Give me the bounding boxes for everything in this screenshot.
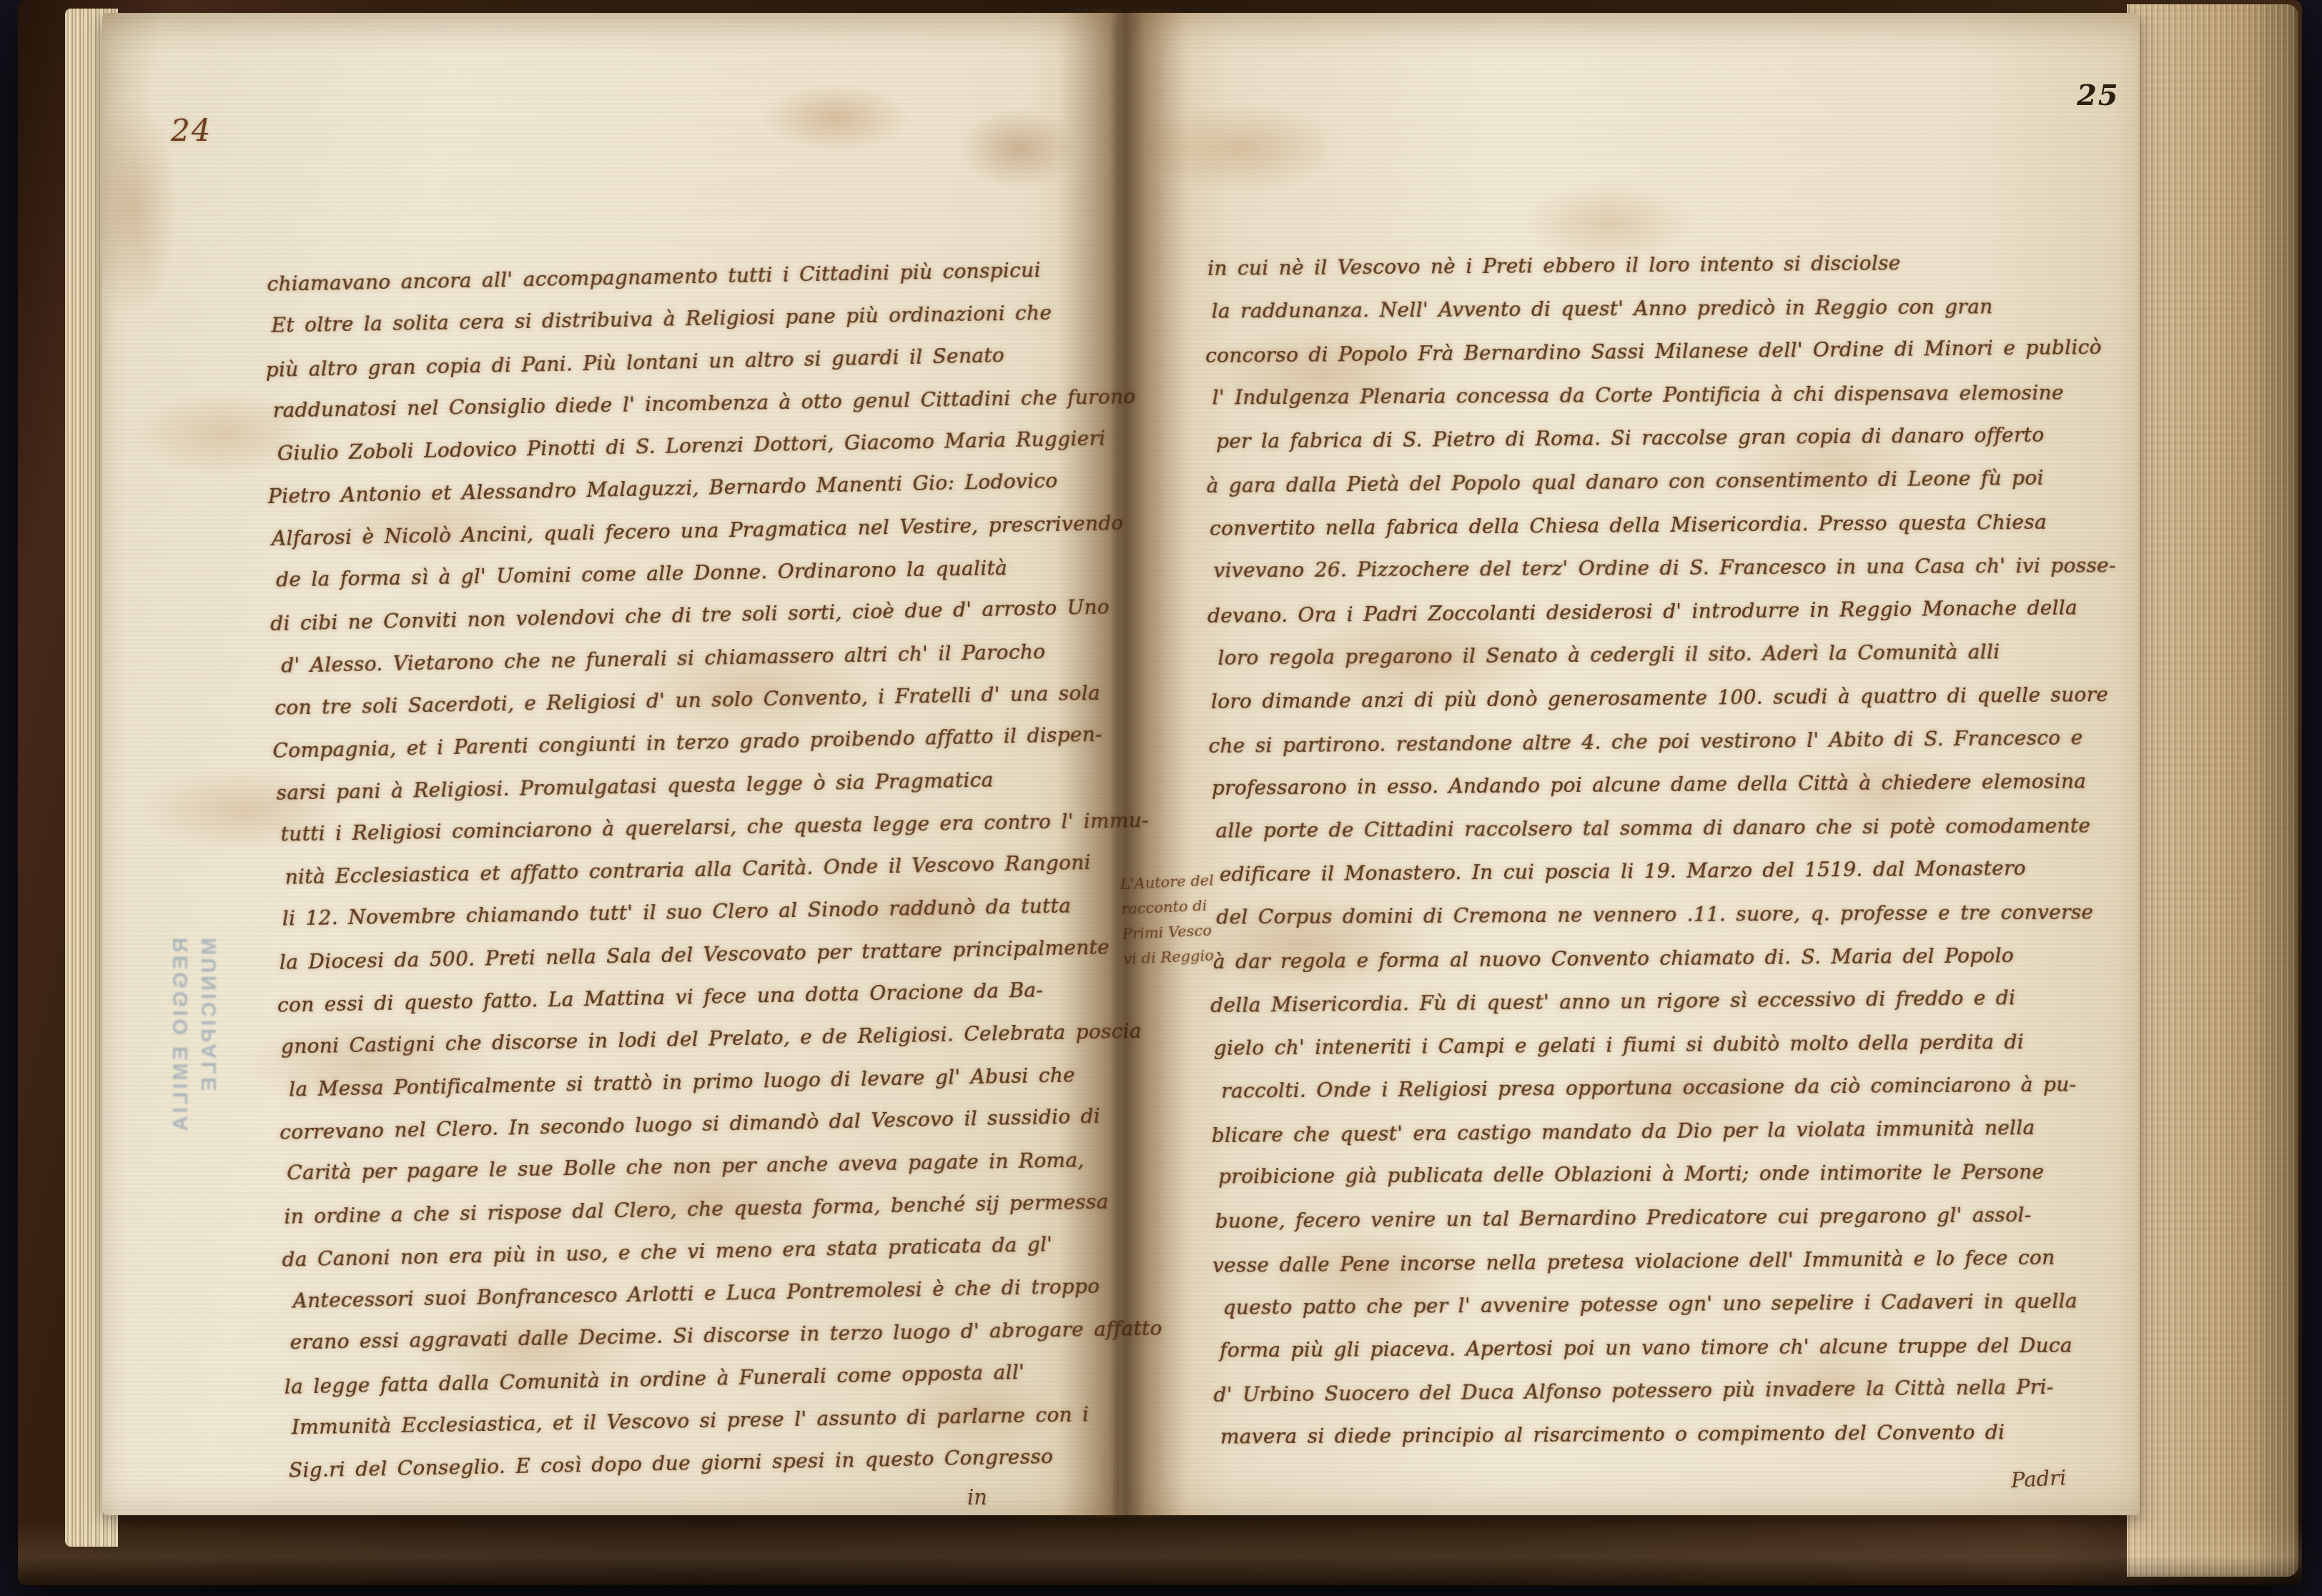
- manuscript-line: à gara dalla Pietà del Popolo qual danar…: [1206, 456, 2104, 508]
- manuscript-line: questo patto che per l' avvenire potesse…: [1222, 1279, 2120, 1329]
- manuscript-line: forma più gli piaceva. Apertosi poi un v…: [1220, 1324, 2117, 1372]
- manuscript-line: edificare il Monastero. In cui poscia li…: [1220, 846, 2117, 896]
- manuscript-line: buone, fecero venire un tal Bernardino P…: [1215, 1193, 2112, 1243]
- manuscript-line: in cui nè il Vescovo nè i Preti ebbero i…: [1207, 240, 2105, 290]
- leather-cover: 24 25 chiamavano ancora all' accompagnam…: [18, 0, 2302, 1585]
- manuscript-line: proibicione già publicata delle Oblazion…: [1218, 1151, 2115, 1199]
- marginal-note: L'Autore delracconto diPrimi Vescovi di …: [1120, 866, 1256, 972]
- manuscript-line: la raddunanza. Nell' Avvento di quest' A…: [1212, 284, 2109, 333]
- fore-edge-page-stack: [2127, 4, 2298, 1577]
- manuscript-line: convertito nella fabrica della Chiesa de…: [1210, 500, 2107, 550]
- manuscript-text-right: in cui nè il Vescovo nè i Preti ebbero i…: [1207, 240, 2114, 1459]
- manuscript-line: della Misericordia. Fù di quest' anno un…: [1210, 976, 2108, 1028]
- manuscript-line: vesse dalle Pene incorse nella pretesa v…: [1212, 1236, 2110, 1288]
- manuscript-line: blicare che quest' era castigo mandato d…: [1211, 1106, 2109, 1158]
- manuscript-line: vivevano 26. Pizzochere del terz' Ordine…: [1213, 545, 2110, 593]
- manuscript-line: à dar regola e forma al nuovo Convento c…: [1213, 933, 2110, 983]
- manuscript-line: gielo ch' inteneriti i Campi e gelati i …: [1214, 1020, 2111, 1070]
- manuscript-text-left: chiamavano ancora all' accompagnamento t…: [267, 248, 1122, 1492]
- library-stamp: MUNICIPALEREGGIO EMILIA: [167, 938, 224, 1238]
- folio-number-right: 25: [2077, 79, 2120, 112]
- manuscript-line: mavera si diede principio al risarciment…: [1220, 1410, 2118, 1459]
- manuscript-line: MUNICIPALE: [195, 938, 224, 1238]
- manuscript-line: professarono in esso. Andando poi alcune…: [1212, 760, 2109, 810]
- manuscript-line: REGGIO EMILIA: [167, 938, 195, 1238]
- catchword-right: Padri: [2010, 1465, 2067, 1492]
- manuscript-line: l' Indulgenza Plenaria concessa da Corte…: [1212, 371, 2109, 420]
- manuscript-line: devano. Ora i Padri Zoccolanti desideros…: [1207, 586, 2105, 638]
- manuscript-line: che si partirono. restandone altre 4. ch…: [1208, 716, 2106, 768]
- catchword-left: in: [967, 1485, 987, 1510]
- manuscript-line: d' Urbino Suocero del Duca Alfonso potes…: [1213, 1365, 2111, 1417]
- folio-number-left: 24: [171, 113, 212, 148]
- manuscript-line: loro dimande anzi di più donò generosame…: [1211, 673, 2108, 723]
- manuscript-line: raccolti. Onde i Religiosi presa opportu…: [1221, 1063, 2118, 1113]
- manuscript-line: del Corpus domini di Cremona ne vennero …: [1216, 891, 2113, 939]
- manuscript-line: loro regola pregarono il Senato à cederg…: [1217, 630, 2115, 680]
- manuscript-line: per la fabrica di S. Pietro di Roma. Si …: [1216, 413, 2113, 463]
- manuscript-line: concorso di Popolo Frà Bernardino Sassi …: [1205, 326, 2103, 378]
- manuscript-line: alle porte de Cittadini raccolsero tal s…: [1215, 804, 2113, 853]
